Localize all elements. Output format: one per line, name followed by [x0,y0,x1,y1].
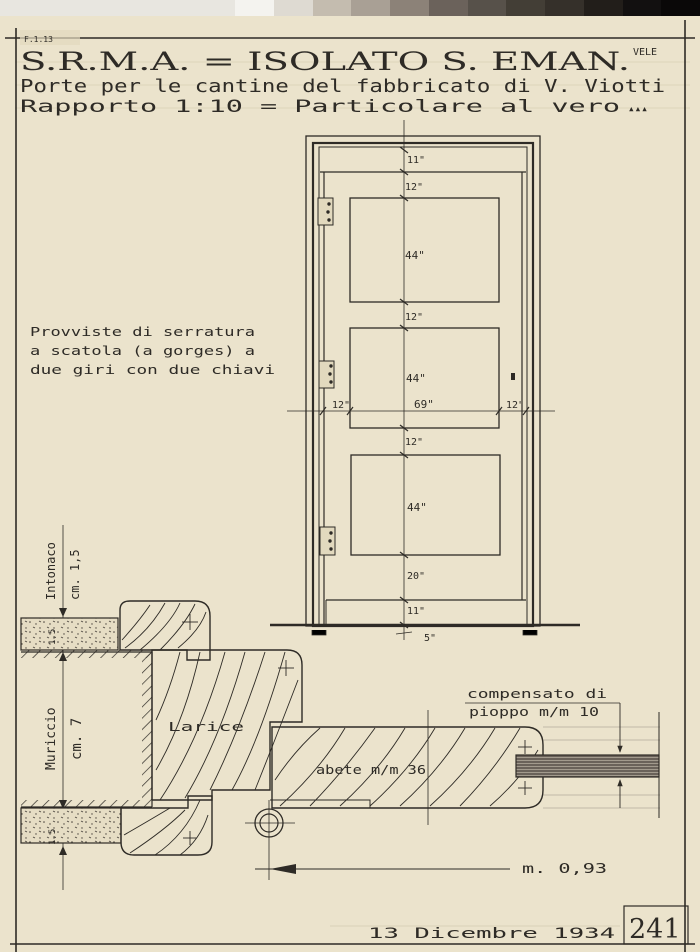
plaster-bottom-thickness: 1,5 [48,829,58,845]
dim-top-rail: 12" [405,182,423,193]
keyhole-icon [511,373,515,380]
dim-transom: 11" [407,155,425,166]
width-dimension: m. 0,93 [522,862,607,877]
scale-line: Rapporto 1:10 = Particolare al vero [20,97,620,117]
wall-label: Muriccio [44,707,59,770]
plywood-panel [516,755,659,777]
sheet-number: 241 [629,914,681,945]
dim-panel-1: 44" [405,249,425,262]
corner-stamp: F.1.13 [24,35,53,44]
drawing-subtitle: Porte per le cantine del fabbricato di V… [20,76,665,97]
wall-dimension: cm. 7 [69,718,85,760]
dim-rail-2: 12" [405,437,423,448]
dim-right-stile: 12" [506,400,524,411]
plywood-label-line2: pioppo m/m 10 [469,705,599,719]
plaster-bottom [21,808,121,843]
plaster-dimension: cm. 1,5 [68,549,82,600]
dim-panel-3: 44" [407,501,427,514]
door-label: abete m/m 36 [316,763,426,777]
svg-text:due giri con due chiavi: due giri con due chiavi [30,362,275,377]
dim-threshold: 11" [407,606,425,617]
svg-text:Provviste di serratura: Provviste di serratura [30,324,255,339]
scale-marks: ▴▴▴ [628,102,648,115]
drawing-sheet: F.1.13 S.R.M.A. = ISOLATO S. EMAN. VELE … [0,0,700,952]
plywood-label-line1: compensato di [467,687,607,701]
dim-panel-2: 44" [406,372,426,385]
dim-gap: 5" [424,633,436,644]
lock-note: Provviste di serratura a scatola (a gorg… [30,324,275,377]
dim-bottom-rail: 20" [407,571,425,582]
plaster-top [21,618,118,650]
svg-text:a scatola (a gorges) a: a scatola (a gorges) a [30,343,255,358]
frame-label: Larice [168,720,244,734]
drawing-date: 13 Dicembre 1934 [368,926,615,942]
plaster-top-thickness: 1,5 [48,629,58,645]
title-superscript: VELE [633,47,657,58]
dim-panel-width: 69" [414,398,434,411]
dim-rail-1: 12" [405,312,423,323]
drawing-title: S.R.M.A. = ISOLATO S. EMAN. [20,47,630,76]
dim-left-stile: 12" [332,400,350,411]
plaster-label: Intonaco [44,542,58,600]
